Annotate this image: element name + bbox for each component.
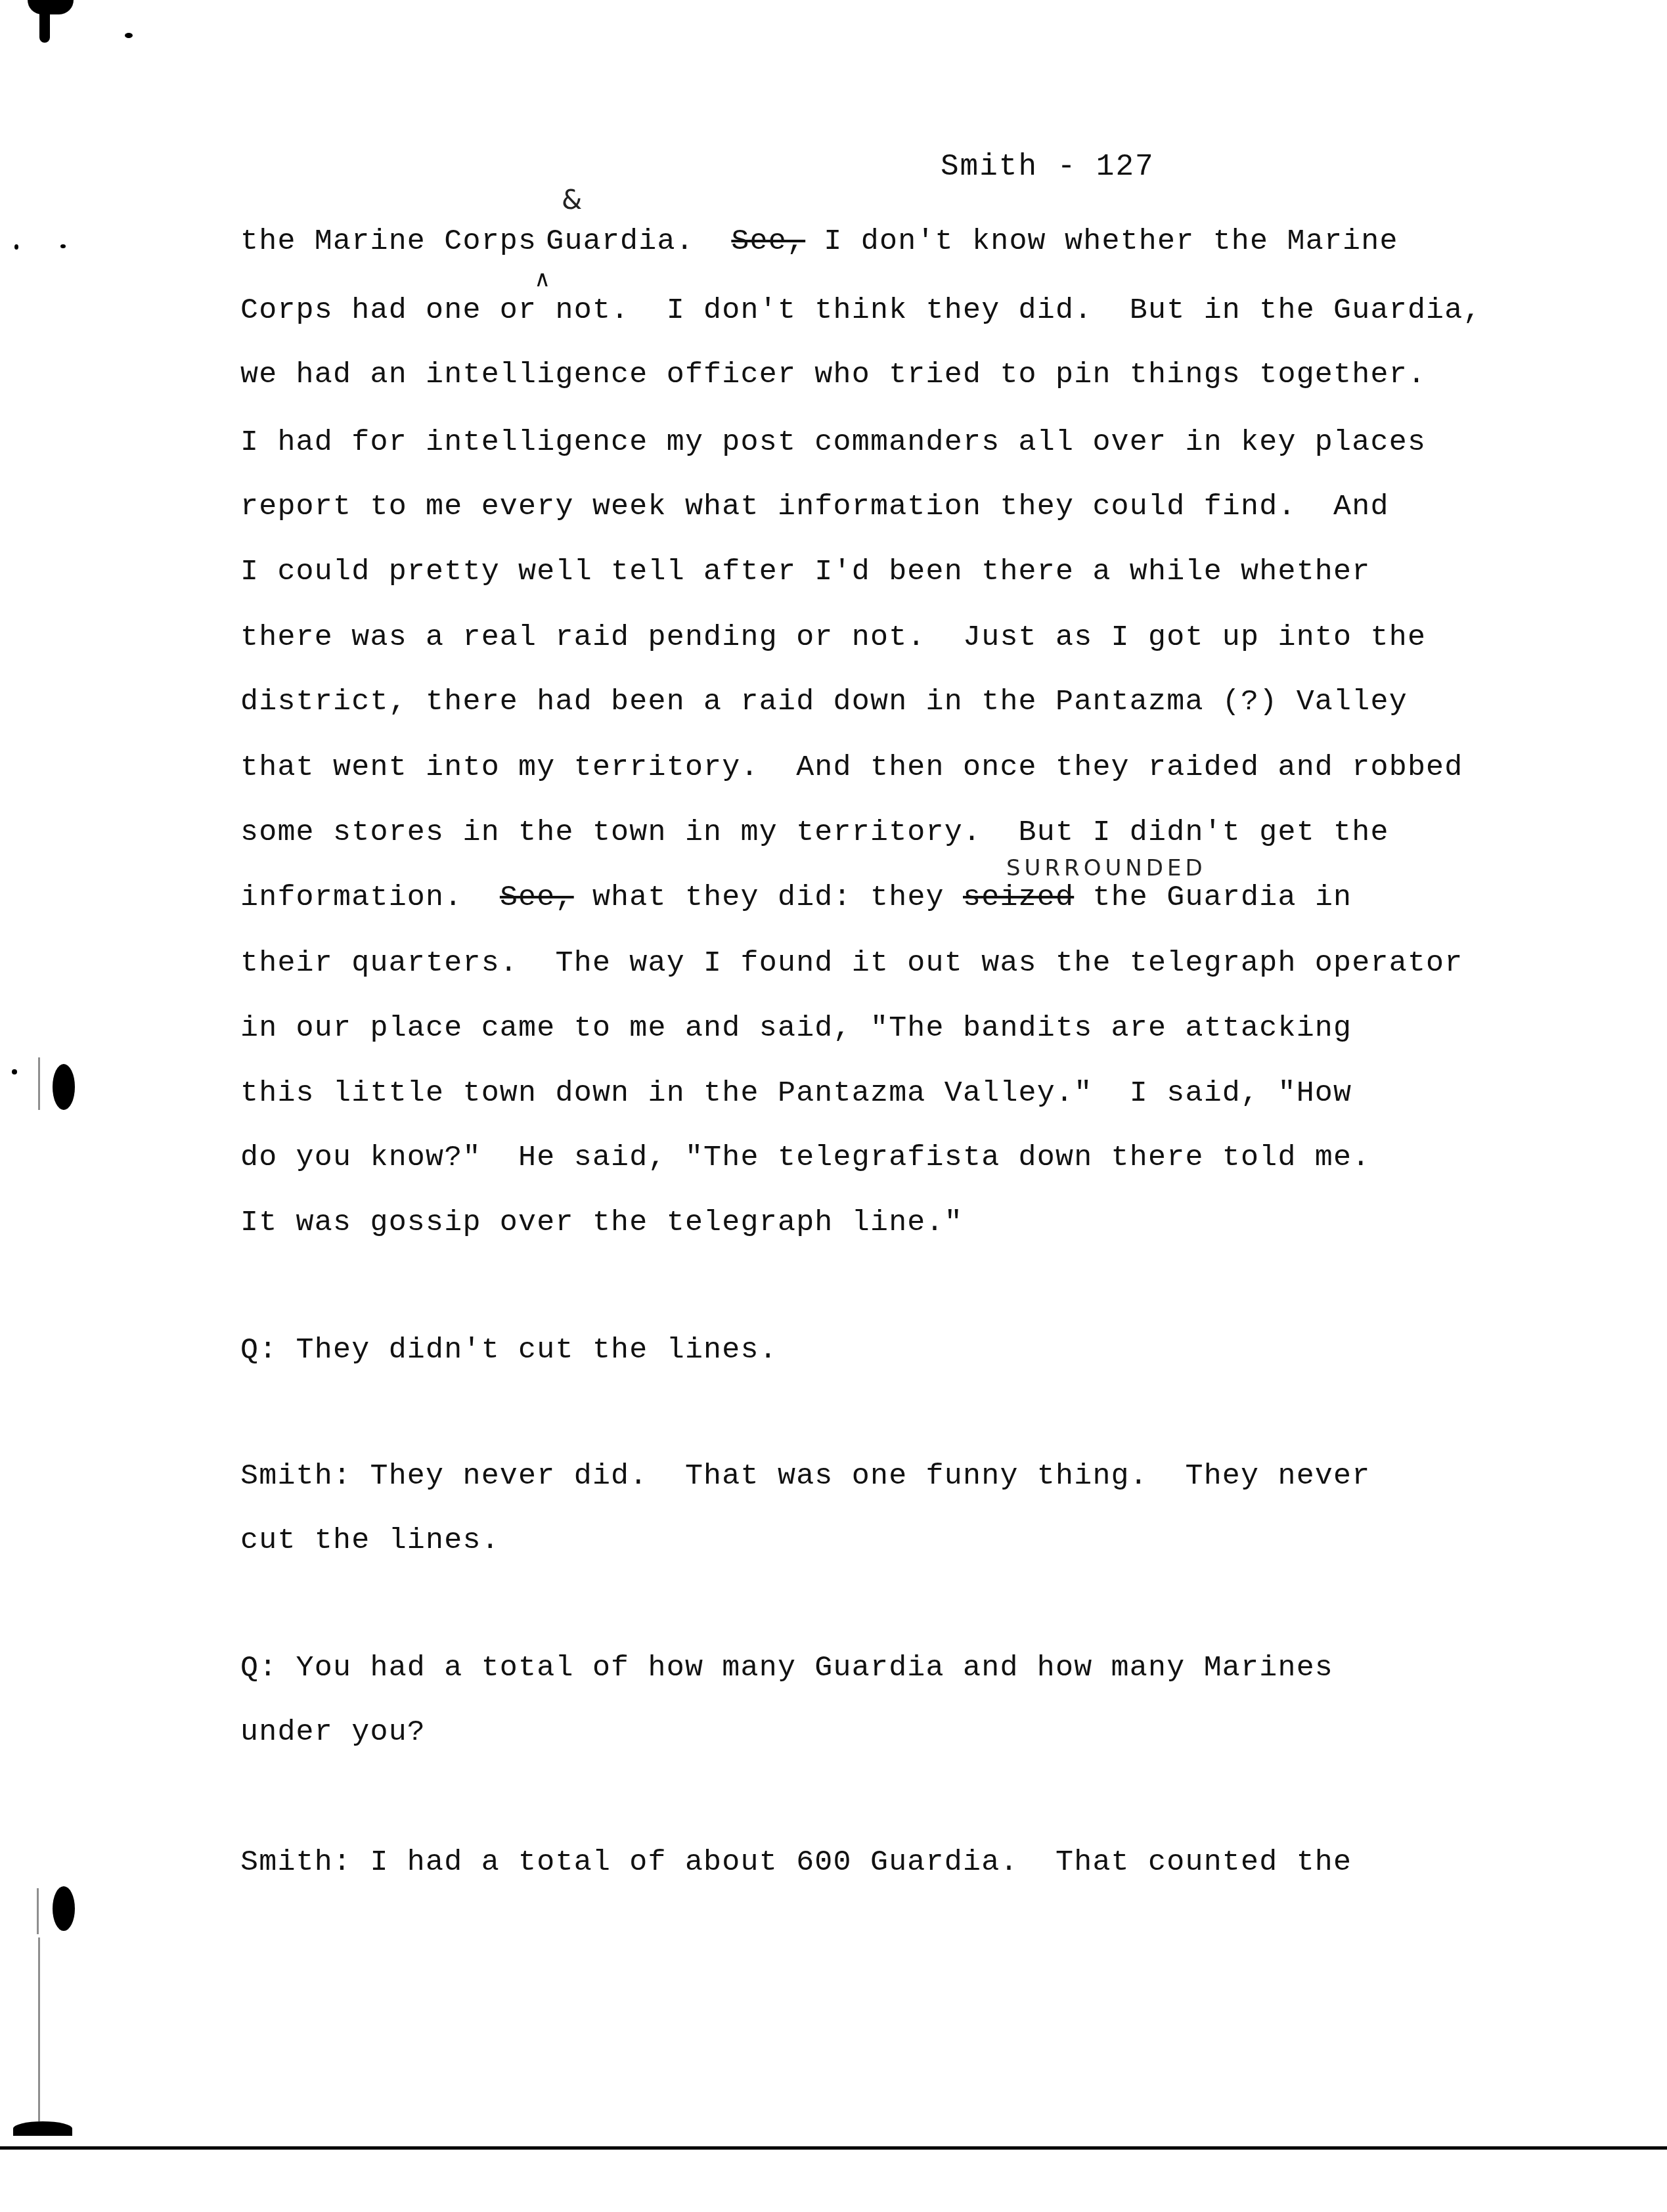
- document-page: Smith - 127 & SURROUNDED the Marine Corp…: [0, 0, 1667, 2212]
- text-line: we had an intelligence officer who tried…: [240, 358, 1426, 391]
- text-line: Smith: I had a total of about 600 Guardi…: [240, 1846, 1352, 1879]
- text-line: in our place came to me and said, "The b…: [240, 1011, 1352, 1045]
- text-line: report to me every week what information…: [240, 490, 1389, 523]
- punch-hole: [53, 1886, 75, 1931]
- punch-hole-edge: [37, 1888, 39, 1934]
- text-segment: information.: [240, 881, 500, 914]
- text-line: do you know?" He said, "The telegrafista…: [240, 1141, 1370, 1174]
- text-line: this little town down in the Pantazma Va…: [240, 1076, 1352, 1110]
- handwritten-insertion: &: [562, 185, 586, 215]
- text-line: information. See, what they did: they se…: [240, 881, 1352, 914]
- text-segment: the Marine Corps: [240, 225, 537, 258]
- text-line: I could pretty well tell after I'd been …: [240, 555, 1370, 588]
- punch-hole-edge: [38, 1057, 40, 1110]
- text-line: the Marine Corps∧Guardia. See, I don't k…: [240, 225, 1398, 258]
- handwritten-correction: SURROUNDED: [1006, 855, 1207, 881]
- scan-dot: [125, 33, 133, 38]
- page-bottom-edge: [0, 2146, 1667, 2150]
- text-line: some stores in the town in my territory.…: [240, 816, 1389, 849]
- scan-dot: [14, 244, 18, 250]
- struck-text: See,: [500, 881, 574, 914]
- struck-text: See,: [731, 225, 805, 258]
- struck-text: seized: [963, 881, 1074, 914]
- text-line: It was gossip over the telegraph line.": [240, 1206, 963, 1239]
- text-line: I had for intelligence my post commander…: [240, 426, 1426, 459]
- text-line: district, there had been a raid down in …: [240, 685, 1408, 719]
- scan-dot: [12, 1069, 17, 1074]
- page-header: Smith - 127: [941, 150, 1155, 184]
- scan-dot: [60, 244, 66, 248]
- punch-hole: [53, 1064, 75, 1110]
- text-line: their quarters. The way I found it out w…: [240, 946, 1463, 980]
- text-segment: the Guardia in: [1074, 881, 1352, 914]
- text-line: Corps had one or not. I don't think they…: [240, 294, 1482, 327]
- text-segment: what they did: they: [574, 881, 963, 914]
- page-edge-line: [38, 1937, 40, 2121]
- text-line: that went into my territory. And then on…: [240, 751, 1463, 784]
- scan-artifact-top-left: [28, 0, 74, 14]
- text-line: under you?: [240, 1715, 426, 1749]
- scan-artifact-top-left-stem: [39, 7, 50, 43]
- text-line: there was a real raid pending or not. Ju…: [240, 621, 1426, 654]
- text-line: Q: They didn't cut the lines.: [240, 1333, 778, 1367]
- text-line: Q: You had a total of how many Guardia a…: [240, 1651, 1333, 1685]
- text-line: Smith: They never did. That was one funn…: [240, 1459, 1370, 1493]
- scan-artifact-bottom-left: [13, 2121, 72, 2136]
- text-line: cut the lines.: [240, 1524, 500, 1557]
- text-segment: Guardia.: [546, 225, 731, 258]
- text-segment: I don't know whether the Marine: [805, 225, 1398, 258]
